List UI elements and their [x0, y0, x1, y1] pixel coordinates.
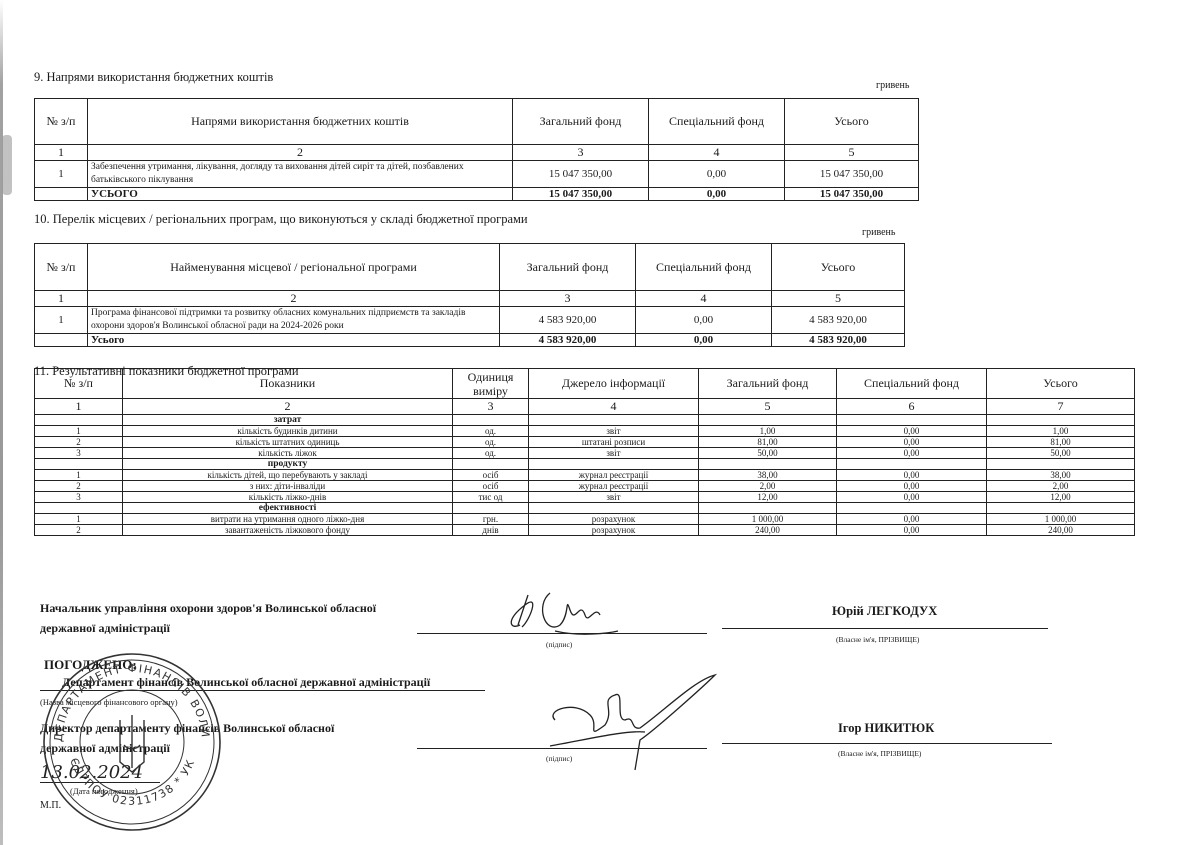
- cell-unit: осіб: [453, 470, 529, 481]
- table-row: 1витрати на утримання одного ліжко-днягр…: [35, 514, 1135, 525]
- col-number: 1: [35, 145, 88, 161]
- total-label: Усього: [88, 334, 500, 347]
- row-name: Програма фінансової підтримки та розвитк…: [88, 307, 500, 334]
- head-name: Юрій ЛЕГКОДУХ: [832, 604, 937, 619]
- col-number: 3: [513, 145, 649, 161]
- cell-n: 1: [35, 426, 123, 437]
- total-special: 0,00: [636, 334, 772, 347]
- head-signature: [500, 585, 620, 645]
- header-cell: Напрями використання бюджетних коштів: [88, 99, 513, 145]
- row-general: 4 583 920,00: [500, 307, 636, 334]
- cell-source: штатані розписи: [529, 437, 699, 448]
- header-cell: № з/п: [35, 244, 88, 291]
- cell-total: 1 000,00: [987, 514, 1135, 525]
- director-signature: [545, 670, 720, 775]
- section11-table: № з/п Показники Одиниця виміру Джерело і…: [34, 368, 1135, 536]
- empty-cell: [699, 459, 837, 470]
- cell-source: журнал реєстрації: [529, 470, 699, 481]
- scan-edge-shadow: [0, 0, 3, 845]
- cell-indicator: з них: діти-інваліди: [123, 481, 453, 492]
- row-number: [35, 334, 88, 347]
- cell-indicator: кількість штатних одиниць: [123, 437, 453, 448]
- col-number: 4: [649, 145, 785, 161]
- cell-source: розрахунок: [529, 525, 699, 536]
- cell-special: 0,00: [837, 492, 987, 503]
- svg-text:ДЕПАРТАМЕНТ ФІНАНСІВ ВОЛИНСЬКО: ДЕПАРТАМЕНТ ФІНАНСІВ ВОЛИНСЬКОЇ ОБЛАСНОЇ…: [40, 650, 212, 742]
- cell-unit: грн.: [453, 514, 529, 525]
- empty-cell: [699, 503, 837, 514]
- empty-cell: [35, 503, 123, 514]
- table-row: 3кількість ліжокод.звіт50,000,0050,00: [35, 448, 1135, 459]
- head-title: Начальник управління охорони здоров'я Во…: [40, 598, 376, 638]
- header-cell: Показники: [123, 369, 453, 399]
- cell-general: 12,00: [699, 492, 837, 503]
- header-cell: Усього: [785, 99, 919, 145]
- col-number: 3: [500, 291, 636, 307]
- empty-cell: [837, 459, 987, 470]
- row-general: 15 047 350,00: [513, 161, 649, 188]
- col-number: 1: [35, 399, 123, 415]
- trident-icon: [120, 715, 144, 772]
- cell-n: 2: [35, 525, 123, 536]
- empty-cell: [699, 415, 837, 426]
- group-row: затрат: [35, 415, 1135, 426]
- empty-cell: [453, 415, 529, 426]
- cell-total: 12,00: [987, 492, 1135, 503]
- director-name: Ігор НИКИТЮК: [838, 721, 934, 736]
- cell-source: звіт: [529, 492, 699, 503]
- cell-source: звіт: [529, 426, 699, 437]
- cell-indicator: завантаженість ліжкового фонду: [123, 525, 453, 536]
- cell-total: 240,00: [987, 525, 1135, 536]
- group-name: затрат: [123, 415, 453, 426]
- col-number: 7: [987, 399, 1135, 415]
- cell-n: 1: [35, 514, 123, 525]
- head-name-line: [722, 628, 1048, 629]
- empty-cell: [453, 503, 529, 514]
- cell-special: 0,00: [837, 437, 987, 448]
- cell-special: 0,00: [837, 426, 987, 437]
- group-row: ефективності: [35, 503, 1135, 514]
- cell-total: 38,00: [987, 470, 1135, 481]
- col-number: 2: [88, 291, 500, 307]
- table-row: 1 Забезпечення утримання, лікування, дог…: [35, 161, 919, 188]
- cell-special: 0,00: [837, 470, 987, 481]
- col-number: 2: [88, 145, 513, 161]
- cell-special: 0,00: [837, 481, 987, 492]
- head-title-line1: Начальник управління охорони здоров'я Во…: [40, 598, 376, 618]
- row-total: 4 583 920,00: [772, 307, 905, 334]
- section9-unit: гривень: [876, 80, 909, 91]
- cell-general: 1 000,00: [699, 514, 837, 525]
- header-cell: Одиниця виміру: [453, 369, 529, 399]
- empty-cell: [35, 415, 123, 426]
- row-special: 0,00: [636, 307, 772, 334]
- col-number: 4: [636, 291, 772, 307]
- cell-total: 81,00: [987, 437, 1135, 448]
- row-number: 1: [35, 161, 88, 188]
- cell-general: 81,00: [699, 437, 837, 448]
- group-name: ефективності: [123, 503, 453, 514]
- cell-special: 0,00: [837, 448, 987, 459]
- row-total: 15 047 350,00: [785, 161, 919, 188]
- group-name: продукту: [123, 459, 453, 470]
- empty-cell: [453, 459, 529, 470]
- cell-unit: од.: [453, 426, 529, 437]
- empty-cell: [837, 503, 987, 514]
- total-special: 0,00: [649, 188, 785, 201]
- stamp-top-text: ДЕПАРТАМЕНТ ФІНАНСІВ ВОЛИНСЬКОЇ ОБЛАСНОЇ…: [40, 650, 212, 742]
- head-title-line2: державної адміністрації: [40, 618, 376, 638]
- cell-indicator: витрати на утримання одного ліжко-дня: [123, 514, 453, 525]
- total-total: 15 047 350,00: [785, 188, 919, 201]
- cell-unit: од.: [453, 448, 529, 459]
- cell-indicator: кількість дітей, що перебувають у заклад…: [123, 470, 453, 481]
- empty-cell: [529, 415, 699, 426]
- col-number: 4: [529, 399, 699, 415]
- official-stamp: ДЕПАРТАМЕНТ ФІНАНСІВ ВОЛИНСЬКОЇ ОБЛАСНОЇ…: [40, 650, 225, 835]
- header-cell: Загальний фонд: [699, 369, 837, 399]
- section9-title: 9. Напрями використання бюджетних коштів: [34, 70, 273, 85]
- col-number: 5: [699, 399, 837, 415]
- total-label: УСЬОГО: [88, 188, 513, 201]
- header-cell: Спеціальний фонд: [636, 244, 772, 291]
- cell-n: 3: [35, 448, 123, 459]
- header-cell: Спеціальний фонд: [837, 369, 987, 399]
- empty-cell: [529, 503, 699, 514]
- cell-total: 1,00: [987, 426, 1135, 437]
- header-cell: Найменування місцевої / регіональної про…: [88, 244, 500, 291]
- cell-n: 3: [35, 492, 123, 503]
- row-number: 1: [35, 307, 88, 334]
- director-name-line: [722, 743, 1052, 744]
- col-number: 6: [837, 399, 987, 415]
- header-cell: Усього: [772, 244, 905, 291]
- header-cell: Усього: [987, 369, 1135, 399]
- header-cell: Загальний фонд: [500, 244, 636, 291]
- cell-total: 2,00: [987, 481, 1135, 492]
- section10-unit: гривень: [862, 227, 895, 238]
- col-number: 1: [35, 291, 88, 307]
- cell-n: 2: [35, 437, 123, 448]
- header-cell: № з/п: [35, 99, 88, 145]
- cell-source: журнал реєстрації: [529, 481, 699, 492]
- cell-special: 0,00: [837, 525, 987, 536]
- empty-cell: [529, 459, 699, 470]
- section9-table: № з/п Напрями використання бюджетних кош…: [34, 98, 919, 201]
- total-general: 4 583 920,00: [500, 334, 636, 347]
- total-total: 4 583 920,00: [772, 334, 905, 347]
- cell-total: 50,00: [987, 448, 1135, 459]
- cell-general: 240,00: [699, 525, 837, 536]
- cell-source: звіт: [529, 448, 699, 459]
- total-row: УСЬОГО 15 047 350,00 0,00 15 047 350,00: [35, 188, 919, 201]
- cell-special: 0,00: [837, 514, 987, 525]
- cell-n: 1: [35, 470, 123, 481]
- group-row: продукту: [35, 459, 1135, 470]
- empty-cell: [987, 415, 1135, 426]
- row-name: Забезпечення утримання, лікування, догля…: [88, 161, 513, 188]
- table-row: 1кількість будинків дитиниод.звіт1,000,0…: [35, 426, 1135, 437]
- cell-indicator: кількість будинків дитини: [123, 426, 453, 437]
- total-row: Усього 4 583 920,00 0,00 4 583 920,00: [35, 334, 905, 347]
- head-name-caption: (Власне ім'я, ПРІЗВИЩЕ): [836, 635, 919, 644]
- col-number: 2: [123, 399, 453, 415]
- header-cell: Спеціальний фонд: [649, 99, 785, 145]
- empty-cell: [837, 415, 987, 426]
- header-cell: Джерело інформації: [529, 369, 699, 399]
- total-general: 15 047 350,00: [513, 188, 649, 201]
- section10-table: № з/п Найменування місцевої / регіональн…: [34, 243, 905, 347]
- cell-unit: од.: [453, 437, 529, 448]
- table-row: 2з них: діти-інвалідиосібжурнал реєстрац…: [35, 481, 1135, 492]
- scan-blot: [2, 135, 12, 195]
- col-number: 3: [453, 399, 529, 415]
- cell-unit: осіб: [453, 481, 529, 492]
- cell-general: 50,00: [699, 448, 837, 459]
- cell-unit: днів: [453, 525, 529, 536]
- cell-source: розрахунок: [529, 514, 699, 525]
- table-row: 2кількість штатних одиницьод.штатані роз…: [35, 437, 1135, 448]
- cell-n: 2: [35, 481, 123, 492]
- empty-cell: [987, 459, 1135, 470]
- table-row: 3кількість ліжко-днівтис одзвіт12,000,00…: [35, 492, 1135, 503]
- row-number: [35, 188, 88, 201]
- cell-indicator: кількість ліжок: [123, 448, 453, 459]
- col-number: 5: [772, 291, 905, 307]
- cell-indicator: кількість ліжко-днів: [123, 492, 453, 503]
- table-row: 1кількість дітей, що перебувають у закла…: [35, 470, 1135, 481]
- table-row: 1 Програма фінансової підтримки та розви…: [35, 307, 905, 334]
- col-number: 5: [785, 145, 919, 161]
- header-cell: Загальний фонд: [513, 99, 649, 145]
- cell-general: 1,00: [699, 426, 837, 437]
- director-name-caption: (Власне ім'я, ПРІЗВИЩЕ): [838, 749, 921, 758]
- cell-unit: тис од: [453, 492, 529, 503]
- row-special: 0,00: [649, 161, 785, 188]
- section10-title: 10. Перелік місцевих / регіональних прог…: [34, 212, 528, 227]
- empty-cell: [35, 459, 123, 470]
- header-cell: № з/п: [35, 369, 123, 399]
- empty-cell: [987, 503, 1135, 514]
- table-row: 2завантаженість ліжкового фондудніврозра…: [35, 525, 1135, 536]
- cell-general: 2,00: [699, 481, 837, 492]
- cell-general: 38,00: [699, 470, 837, 481]
